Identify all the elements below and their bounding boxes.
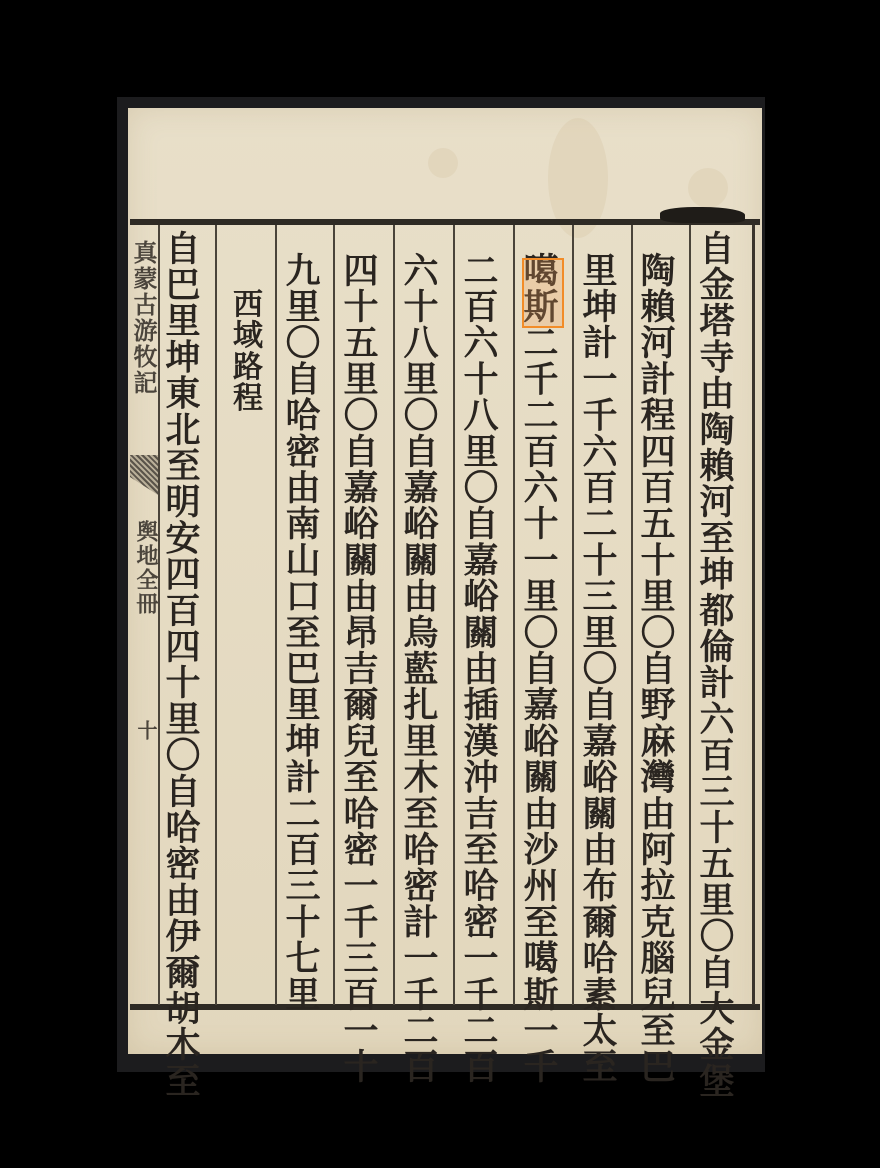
- text-column-5: 二百六十八里〇自嘉峪關由插漢沖吉至哈密一千二百: [456, 252, 500, 1085]
- column-text: 里坤計一千六百二十三里〇自嘉峪關由布爾哈素太至: [575, 252, 619, 1085]
- paper-stain: [428, 148, 458, 178]
- text-column-10: 自巴里坤東北至明安四百四十里〇自哈密由伊爾胡木至: [162, 230, 202, 1099]
- column-text: 自金塔寺由陶賴河至坤都倫計六百三十五里〇自大金堡: [692, 230, 736, 1099]
- text-column-8: 九里〇自哈密由南山口至巴里坤計二百三十七里: [278, 252, 322, 1012]
- margin-page-number: 十: [132, 720, 160, 740]
- column-text: 二百六十八里〇自嘉峪關由插漢沖吉至哈密一千二百: [456, 252, 500, 1085]
- column-rule: [215, 225, 217, 1005]
- text-column-1: 自金塔寺由陶賴河至坤都倫計六百三十五里〇自大金堡: [692, 230, 736, 1099]
- column-text: 噶斯二千二百六十一里〇自嘉峪關由沙州至噶斯一千: [516, 252, 560, 1085]
- margin-book-title: 真蒙古游牧記: [128, 240, 158, 396]
- margin-section-label: 舆地全冊: [132, 520, 160, 616]
- section-heading: 西域路程: [222, 288, 266, 413]
- section-heading-column: 西域路程: [222, 288, 266, 413]
- paper-stain: [688, 168, 728, 208]
- column-text: 六十八里〇自嘉峪關由烏藍扎里木至哈密計一千二百: [396, 252, 440, 1085]
- column-rule: [572, 225, 574, 1005]
- column-rule: [333, 225, 335, 1005]
- highlight-box[interactable]: [522, 258, 564, 328]
- column-rule: [513, 225, 515, 1005]
- text-column-6: 六十八里〇自嘉峪關由烏藍扎里木至哈密計一千二百: [396, 252, 440, 1085]
- column-rule: [689, 225, 691, 1005]
- right-border-rule: [752, 225, 755, 1005]
- text-column-4: 噶斯二千二百六十一里〇自嘉峪關由沙州至噶斯一千: [516, 252, 560, 1085]
- column-text: 九里〇自哈密由南山口至巴里坤計二百三十七里: [278, 252, 322, 1012]
- column-text: 陶賴河計程四百五十里〇自野麻灣由阿拉克腦兒至巴: [633, 252, 677, 1085]
- text-column-2: 陶賴河計程四百五十里〇自野麻灣由阿拉克腦兒至巴: [633, 252, 677, 1085]
- ink-blot: [660, 207, 745, 223]
- text-column-7: 四十五里〇自嘉峪關由昂吉爾兒至哈密一千三百一十: [336, 252, 380, 1085]
- column-rule: [453, 225, 455, 1005]
- column-rule: [275, 225, 277, 1005]
- column-text: 四十五里〇自嘉峪關由昂吉爾兒至哈密一千三百一十: [336, 252, 380, 1085]
- text-column-3: 里坤計一千六百二十三里〇自嘉峪關由布爾哈素太至: [575, 252, 619, 1085]
- column-text: 自巴里坤東北至明安四百四十里〇自哈密由伊爾胡木至: [158, 230, 202, 1099]
- column-rule: [393, 225, 395, 1005]
